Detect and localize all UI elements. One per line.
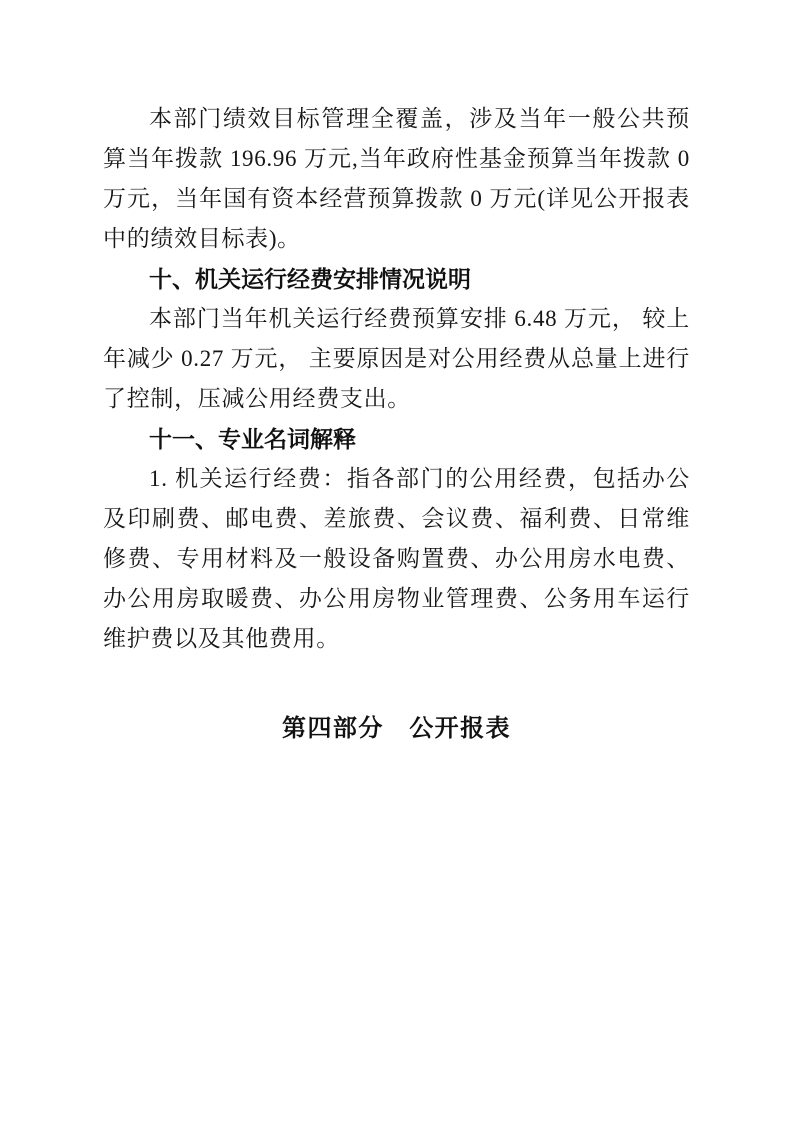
paragraph-terminology-definition: 1. 机关运行经费：指各部门的公用经费，包括办公及印刷费、邮电费、差旅费、会议费… — [103, 459, 690, 659]
section-heading-11-terminology: 十一、专业名词解释 — [103, 419, 690, 459]
document-page: 本部门绩效目标管理全覆盖，涉及当年一般公共预算当年拨款 196.96 万元,当年… — [0, 0, 793, 1122]
section-heading-10-agency-operating-funds: 十、机关运行经费安排情况说明 — [103, 259, 690, 299]
paragraph-performance-targets: 本部门绩效目标管理全覆盖，涉及当年一般公共预算当年拨款 196.96 万元,当年… — [103, 99, 690, 259]
paragraph-agency-operating-funds: 本部门当年机关运行经费预算安排 6.48 万元， 较上年减少 0.27 万元， … — [103, 299, 690, 419]
part4-heading-public-reports: 第四部分 公开报表 — [103, 709, 690, 749]
